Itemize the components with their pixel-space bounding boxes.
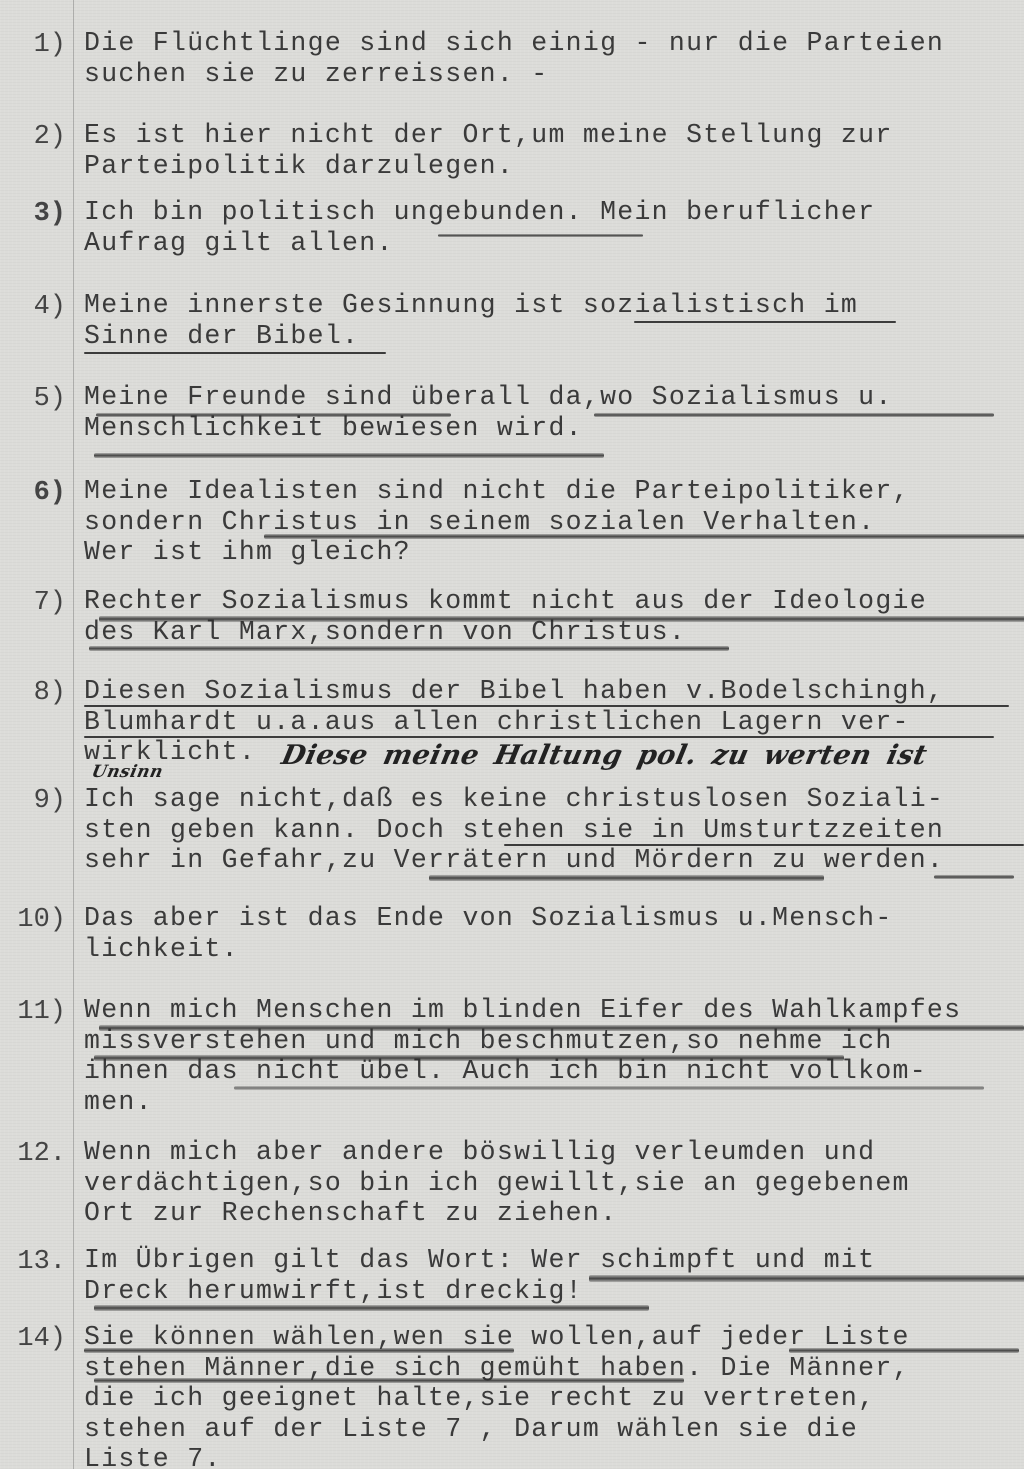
item-line: Ort zur Rechenschaft zu ziehen. [84,1198,910,1229]
item-line: sten geben kann. Doch stehen sie in Umst… [84,815,944,846]
item-line: verdächtigen,so bin ich gewillt,sie an g… [84,1168,910,1199]
underline-mark [429,875,824,881]
item-number: 12. [0,1139,66,1169]
item-line: Diesen Sozialismus der Bibel haben v.Bod… [84,676,944,707]
item-number: 4) [0,292,66,322]
underline-mark [589,1275,1024,1282]
item-line: Im Übrigen gilt das Wort: Wer schimpft u… [84,1245,875,1276]
item-line: Die Flüchtlinge sind sich einig - nur di… [84,28,944,59]
item-line: Parteipolitik darzulegen. [84,151,893,182]
item-number: 6) [0,478,66,508]
item-line: Meine Freunde sind überall da,wo Soziali… [84,382,893,413]
item-line: die ich geeignet halte,sie recht zu vert… [84,1383,910,1414]
item-line: sondern Christus in seinem sozialen Verh… [84,507,910,538]
item-line: men. [84,1087,961,1118]
handwritten-note: Diese meine Haltung pol. zu werten ist [279,740,930,771]
item-number: 14) [0,1324,66,1354]
underline-mark [99,616,1024,622]
item-line: sehr in Gefahr,zu Verrätern und Mördern … [84,845,944,876]
underline-mark [89,646,729,651]
item-number: 2) [0,122,66,152]
item-line: Es ist hier nicht der Ort,um meine Stell… [84,120,893,151]
underline-mark [234,1086,984,1090]
underline-mark [99,1025,1024,1031]
margin-rule [73,0,74,1469]
underline-mark [264,534,1024,539]
underline-mark [438,234,643,237]
item-number: 1) [0,30,66,60]
underline-mark [84,736,994,738]
underline-mark [94,1378,684,1383]
item-number: 3) [0,199,66,229]
underline-mark [84,705,1009,707]
item-line: Menschlichkeit bewiesen wird. [84,413,893,444]
item-line: Blumhardt u.a.aus allen christlichen Lag… [84,707,944,738]
underline-mark [84,352,386,354]
underline-mark [934,875,1014,879]
item-number: 13. [0,1247,66,1277]
item-number: 9) [0,786,66,816]
item-number: 11) [0,997,66,1027]
item-line: suchen sie zu zerreissen. - [84,59,944,90]
item-number: 7) [0,588,66,618]
item-line: Sinne der Bibel. [84,321,858,352]
item-line: Ich bin politisch ungebunden. Mein beruf… [84,197,875,228]
item-line: Ich sage nicht,daß es keine christuslose… [84,784,944,815]
item-line: Wenn mich Menschen im blinden Eifer des … [84,995,961,1026]
item-line: Liste 7. [84,1444,910,1469]
item-line: Aufrag gilt allen. [84,228,875,259]
underline-mark [504,844,1024,846]
underline-mark [94,453,604,458]
underline-mark [84,1348,514,1353]
item-line: Meine Idealisten sind nicht die Parteipo… [84,476,910,507]
underline-mark [94,1055,844,1061]
item-line: Wenn mich aber andere böswillig verleumd… [84,1137,910,1168]
underline-mark [94,1305,649,1311]
item-line: lichkeit. [84,934,893,965]
item-line: Rechter Sozialismus kommt nicht aus der … [84,586,927,617]
item-line: Meine innerste Gesinnung ist sozialistis… [84,290,858,321]
underline-mark [594,413,994,417]
underline-mark [96,413,451,417]
item-line: Das aber ist das Ende von Sozialismus u.… [84,903,893,934]
underline-mark [634,321,896,323]
item-number: 8) [0,678,66,708]
item-line: stehen auf der Liste 7 , Darum wählen si… [84,1414,910,1445]
handwritten-note-continuation: Unsinn [90,762,165,782]
item-line: Wer ist ihm gleich? [84,537,910,568]
item-number: 5) [0,384,66,414]
underline-mark [789,1348,1019,1353]
item-number: 10) [0,905,66,935]
